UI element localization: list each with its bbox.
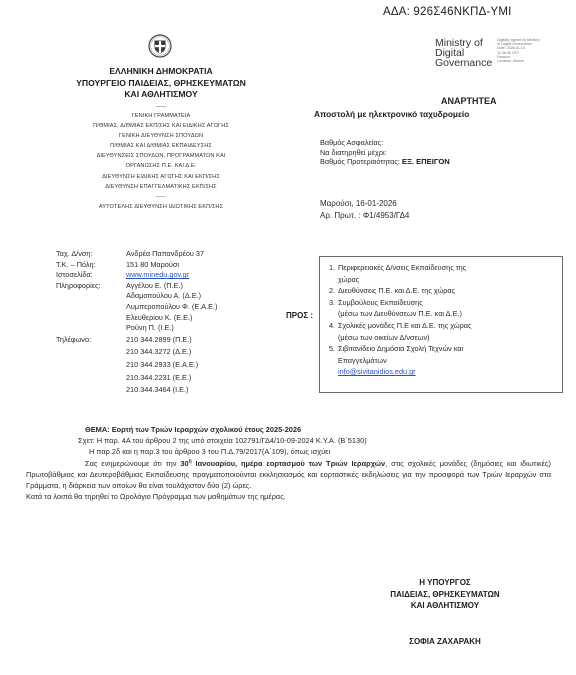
phone-row: Τηλέφωνο:210 344.2899 (Π.Ε.) <box>56 334 217 347</box>
phone-row: 210.344.2231 (Ε.Ε.) <box>56 372 217 385</box>
subject-label: ΘΕΜΑ: <box>85 425 110 434</box>
department-line: Π/ΘΜΙΑΣ, Δ/ΘΜΙΑΣ ΕΚΠ/ΣΗΣ ΚΑΙ ΕΙΔΙΚΗΣ ΑΓΩ… <box>40 121 282 131</box>
phone-number: 210 344.3272 (Δ.Ε.) <box>126 346 191 359</box>
recipient-number: 4. <box>329 320 338 332</box>
info-person: Ρούνη Π. (Ι.Ε.) <box>126 323 174 334</box>
recipient-text: Διευθύνσεις Π.Ε. και Δ.Ε. της χώρας <box>338 285 455 297</box>
signature-line: Governance <box>435 58 492 68</box>
dispatch-method: Αποστολή με ηλεκτρονικό ταχυδρομείο <box>314 109 469 119</box>
department-line: ΔΙΕΥΘΥΝΣΗ ΕΙΔΙΚΗΣ ΑΓΩΓΗΣ ΚΑΙ ΕΚΠ/ΣΗΣ <box>40 172 282 182</box>
reference-line: Η παρ.2δ και η παρ.3 του άρθρου 3 του Π.… <box>26 446 551 457</box>
phone-label: Τηλέφωνο: <box>56 334 126 347</box>
classification-block: Βαθμός Ασφαλείας: Να διατηρηθεί μέχρι: Β… <box>320 138 450 167</box>
info-person: Αγγέλου Ε. (Π.Ε.) <box>126 281 183 292</box>
recipient-item: 5.Σιβιτανίδειο Δημόσια Σχολή Τεχνών και <box>329 343 556 355</box>
address-row: Ταχ. Δ/νση:Ανδρέα Παπανδρέου 37 <box>56 249 217 260</box>
recipient-number: 1. <box>329 262 338 274</box>
subject-text: Εορτή των Τριών Ιεραρχών σχολικού έτους … <box>112 425 301 434</box>
reference-text: Η παρ. 4Α του άρθρου 2 της υπό στοιχεία … <box>97 436 367 445</box>
recipient-item-cont: (μέσω των Διευθύνσεων Π.Ε. και Δ.Ε.) <box>329 308 556 320</box>
info-label: Πληροφορίες: <box>56 281 126 292</box>
info-person: Λυμπεροπούλου Φ. (Ε.Α.Ε.) <box>126 302 217 313</box>
recipient-item-cont: (μέσω των οικείων Δ/νσεων) <box>329 332 556 344</box>
website-row: Ιστοσελίδα:www.minedu.gov.gr <box>56 270 217 281</box>
phone-row: 210 344.3272 (Δ.Ε.) <box>56 346 217 359</box>
security-level-label: Βαθμός Ασφαλείας: <box>320 138 450 148</box>
digital-signature-stamp: Ministry of Digital Governance Digitally… <box>435 38 553 68</box>
recipient-email-row: info@sivitanidios.edu.gr <box>338 366 556 378</box>
recipient-text: Σιβιτανίδειο Δημόσια Σχολή Τεχνών και <box>338 343 463 355</box>
department-line: ΓΕΝΙΚΗ ΔΙΕΥΘΥΝΣΗ ΣΠΟΥΔΩΝ <box>40 131 282 141</box>
signer-name: ΣΟΦΙΑ ΖΑΧΑΡΑΚΗ <box>360 637 530 646</box>
recipient-text: (μέσω των Διευθύνσεων Π.Ε. και Δ.Ε.) <box>338 308 462 320</box>
postal-label: Τ.Κ. – Πόλη: <box>56 260 126 271</box>
priority-row: Βαθμός Προτεραιότητας: ΕΞ. ΕΠΕΙΓΟΝ <box>320 157 450 167</box>
department-line: ΑΥΤΟΤΕΛΗΣ ΔΙΕΥΘΥΝΣΗ ΙΔΙΩΤΙΚΗΣ ΕΚΠ/ΣΗΣ <box>40 202 282 212</box>
info-row: Αδαμοπούλου Α. (Δ.Ε.) <box>56 291 217 302</box>
protocol-number: Αρ. Πρωτ. : Φ1/4953/ΓΔ4 <box>320 210 409 222</box>
ada-code: ΑΔΑ: 926Σ46ΝΚΠΔ-ΥΜΙ <box>383 6 512 18</box>
recipient-text: Συμβούλους Εκπαίδευσης <box>338 297 423 309</box>
signature-meta-line: Location: Athens <box>497 59 553 63</box>
separator: ----- <box>40 104 282 110</box>
recipient-email-link[interactable]: info@sivitanidios.edu.gr <box>338 367 416 376</box>
phone-row: 210.344.3464 (Ι.Ε.) <box>56 384 217 397</box>
reference-label: Σχετ: <box>78 436 95 445</box>
posting-label: ΑΝΑΡΤΗΤΕΑ <box>441 96 497 106</box>
recipient-item-cont: χώρας <box>329 274 556 286</box>
info-row: Ελευθερίου Κ. (Ε.Ε.) <box>56 313 217 324</box>
retain-until-label: Να διατηρηθεί μέχρι: <box>320 148 450 158</box>
greek-coat-of-arms-icon <box>148 34 172 58</box>
recipient-number: 5. <box>329 343 338 355</box>
info-row: Ρούνη Π. (Ι.Ε.) <box>56 323 217 334</box>
postal-value: 151 80 Μαρούσι <box>126 260 179 271</box>
info-person: Ελευθερίου Κ. (Ε.Ε.) <box>126 313 193 324</box>
document-body: ΘΕΜΑ: Εορτή των Τριών Ιεραρχών σχολικού … <box>26 424 551 502</box>
recipient-text: Περιφερειακές Δ/νσεις Εκπαίδευσης της <box>338 262 466 274</box>
info-person: Αδαμοπούλου Α. (Δ.Ε.) <box>126 291 201 302</box>
address-label: Ταχ. Δ/νση: <box>56 249 126 260</box>
phone-number: 210.344.3464 (Ι.Ε.) <box>126 384 188 397</box>
reference-text: Η παρ.2δ και η παρ.3 του άρθρου 3 του Π.… <box>89 447 330 456</box>
recipient-text: χώρας <box>338 274 359 286</box>
recipients-box: 1.Περιφερειακές Δ/νσεις Εκπαίδευσης της … <box>319 256 563 393</box>
signature-block: Η ΥΠΟΥΡΓΟΣ ΠΑΙΔΕΙΑΣ, ΘΡΗΣΚΕΥΜΑΤΩΝ ΚΑΙ ΑΘ… <box>360 577 530 612</box>
phone-number: 210.344.2231 (Ε.Ε.) <box>126 372 191 385</box>
issuer-title: ΕΛΛΗΝΙΚΗ ΔΗΜΟΚΡΑΤΙΑ ΥΠΟΥΡΓΕΙΟ ΠΑΙΔΕΙΑΣ, … <box>40 66 282 101</box>
recipient-item: 2.Διευθύνσεις Π.Ε. και Δ.Ε. της χώρας <box>329 285 556 297</box>
issuer-title-line: ΥΠΟΥΡΓΕΙΟ ΠΑΙΔΕΙΑΣ, ΘΡΗΣΚΕΥΜΑΤΩΝ <box>40 78 282 90</box>
phone-number: 210 344.2933 (Ε.Α.Ε.) <box>126 359 198 372</box>
address-value: Ανδρέα Παπανδρέου 37 <box>126 249 204 260</box>
recipient-text: Σχολικές μονάδες Π.Ε και Δ.Ε. της χώρας <box>338 320 472 332</box>
priority-label: Βαθμός Προτεραιότητας: <box>320 157 400 166</box>
phone-row: 210 344.2933 (Ε.Α.Ε.) <box>56 359 217 372</box>
recipient-text: Επαγγελμάτων <box>338 355 387 367</box>
issuer-title-line: ΕΛΛΗΝΙΚΗ ΔΗΜΟΚΡΑΤΙΑ <box>40 66 282 78</box>
department-separator: ----- <box>40 192 282 202</box>
date-protocol-block: Μαρούσι, 16-01-2026 Αρ. Πρωτ. : Φ1/4953/… <box>320 198 409 221</box>
recipient-item: 1.Περιφερειακές Δ/νσεις Εκπαίδευσης της <box>329 262 556 274</box>
paragraph-day: 30 <box>180 459 188 468</box>
phone-number: 210 344.2899 (Π.Ε.) <box>126 334 192 347</box>
paragraph-highlight: Ιανουαρίου, ημέρα εορτασμού των Τριών Ιε… <box>192 459 386 468</box>
signature-issuer: Ministry of Digital Governance <box>435 38 492 68</box>
recipients-label: ΠΡΟΣ : <box>286 311 313 320</box>
recipient-number: 3. <box>329 297 338 309</box>
recipient-text: (μέσω των οικείων Δ/νσεων) <box>338 332 430 344</box>
website-label: Ιστοσελίδα: <box>56 270 126 281</box>
recipient-item-cont: Επαγγελμάτων <box>329 355 556 367</box>
recipient-number: 2. <box>329 285 338 297</box>
place-date: Μαρούσι, 16-01-2026 <box>320 198 409 210</box>
department-line: Π/ΘΜΙΑΣ ΚΑΙ Δ/ΘΜΙΑΣ ΕΚΠΑΙΔΕΥΣΗΣ <box>40 141 282 151</box>
department-line: ΔΙΕΥΘΥΝΣΕΙΣ ΣΠΟΥΔΩΝ, ΠΡΟΓΡΑΜΜΑΤΩΝ ΚΑΙ <box>40 151 282 161</box>
website-link[interactable]: www.minedu.gov.gr <box>126 270 189 279</box>
signature-title-line: Η ΥΠΟΥΡΓΟΣ <box>360 577 530 589</box>
subject-line: ΘΕΜΑ: Εορτή των Τριών Ιεραρχών σχολικού … <box>26 424 551 435</box>
department-line: ΔΙΕΥΘΥΝΣΗ ΕΠΑΓΓΕΛΜΑΤΙΚΗΣ ΕΚΠ/ΣΗΣ <box>40 182 282 192</box>
info-row: Λυμπεροπούλου Φ. (Ε.Α.Ε.) <box>56 302 217 313</box>
issuer-title-line: ΚΑΙ ΑΘΛΗΤΙΣΜΟΥ <box>40 89 282 101</box>
department-list: ΓΕΝΙΚΗ ΓΡΑΜΜΑΤΕΙΑ Π/ΘΜΙΑΣ, Δ/ΘΜΙΑΣ ΕΚΠ/Σ… <box>40 111 282 212</box>
signature-title-line: ΠΑΙΔΕΙΑΣ, ΘΡΗΣΚΕΥΜΑΤΩΝ <box>360 589 530 601</box>
signature-title-line: ΚΑΙ ΑΘΛΗΤΙΣΜΟΥ <box>360 600 530 612</box>
department-line: ΟΡΓΑΝΩΣΗΣ Π.Ε. ΚΑΙ Δ.Ε. <box>40 161 282 171</box>
main-paragraph: Σας ενημερώνουμε ότι την 30η Ιανουαρίου,… <box>26 458 551 492</box>
contact-details: Ταχ. Δ/νση:Ανδρέα Παπανδρέου 37 Τ.Κ. – Π… <box>56 249 217 397</box>
priority-value: ΕΞ. ΕΠΕΙΓΟΝ <box>402 157 450 166</box>
signature-meta: Digitally signed by Ministry of Digital … <box>497 38 553 63</box>
reference-line: Σχετ: Η παρ. 4Α του άρθρου 2 της υπό στο… <box>26 435 551 446</box>
info-row: Πληροφορίες:Αγγέλου Ε. (Π.Ε.) <box>56 281 217 292</box>
recipient-item: 3.Συμβούλους Εκπαίδευσης <box>329 297 556 309</box>
paragraph-text: Σας ενημερώνουμε ότι την <box>85 459 180 468</box>
postal-row: Τ.Κ. – Πόλη:151 80 Μαρούσι <box>56 260 217 271</box>
department-line: ΓΕΝΙΚΗ ΓΡΑΜΜΑΤΕΙΑ <box>40 111 282 121</box>
recipient-item: 4.Σχολικές μονάδες Π.Ε και Δ.Ε. της χώρα… <box>329 320 556 332</box>
closing-line: Κατά τα λοιπά θα τηρηθεί το Ωρολόγιο Πρό… <box>26 491 551 502</box>
